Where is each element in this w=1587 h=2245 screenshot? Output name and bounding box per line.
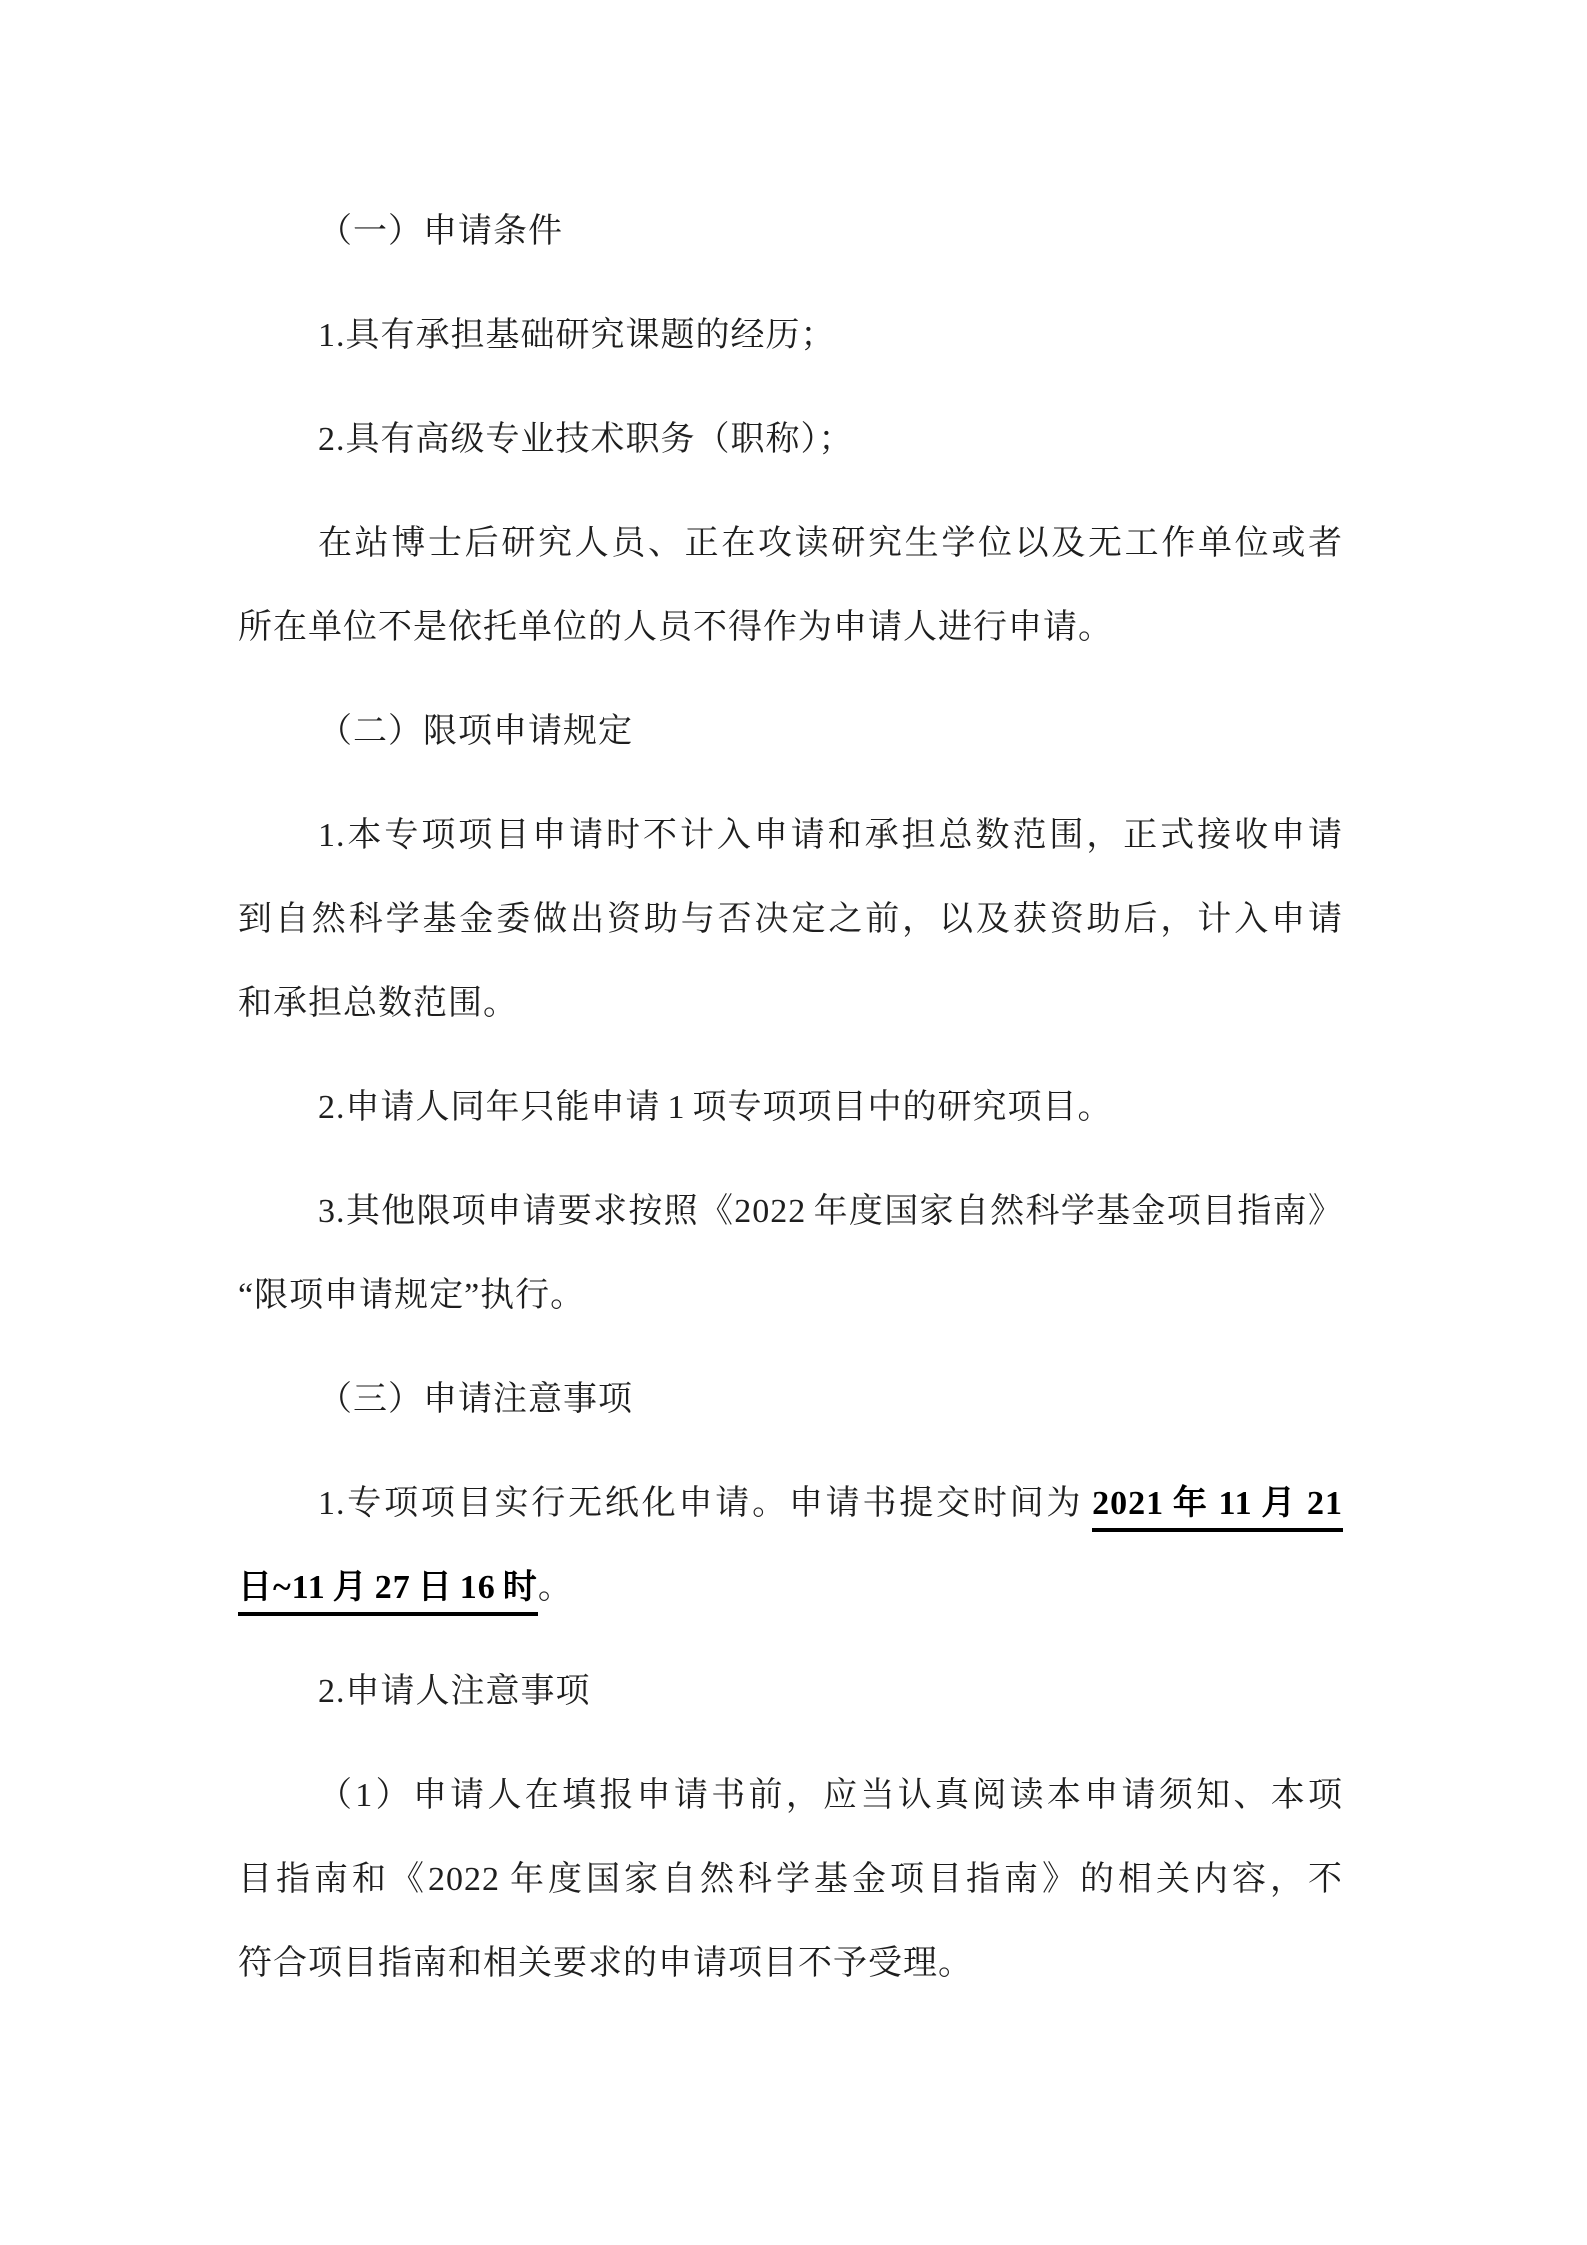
section-a-heading: （一）申请条件 <box>238 190 1343 274</box>
text-run: （一）申请条件 <box>318 213 563 250</box>
text-run: （1）申请人在填报申请书前，应当认真阅读本申请须知、本项 <box>318 1777 1343 1814</box>
section-b-heading: （二）限项申请规定 <box>238 690 1343 774</box>
text-line: （1）申请人在填报申请书前，应当认真阅读本申请须知、本项 <box>238 1754 1343 1838</box>
text-run: 目指南和《2022 年度国家自然科学基金项目指南》的相关内容，不 <box>238 1861 1343 1898</box>
text-run: 符合项目指南和相关要求的申请项目不予受理。 <box>238 1945 973 1982</box>
text-line: 2.申请人同年只能申请 1 项专项项目中的研究项目。 <box>238 1066 1343 1150</box>
text-run: 和承担总数范围。 <box>238 985 518 1022</box>
text-line: 所在单位不是依托单位的人员不得作为申请人进行申请。 <box>238 586 1343 670</box>
text-run: 2.申请人同年只能申请 1 项专项项目中的研究项目。 <box>318 1089 1113 1126</box>
text-run: 2.具有高级专业技术职务（职称）； <box>318 421 854 458</box>
section-c-heading: （三）申请注意事项 <box>238 1358 1343 1442</box>
text-line: 1.本专项项目申请时不计入申请和承担总数范围，正式接收申请 <box>238 794 1343 878</box>
text-line: 1.专项项目实行无纸化申请。申请书提交时间为 2021 年 11 月 21 <box>238 1462 1343 1546</box>
notice-1-deadline: 1.专项项目实行无纸化申请。申请书提交时间为 2021 年 11 月 21日~1… <box>238 1462 1343 1630</box>
text-line: 2.具有高级专业技术职务（职称）； <box>238 398 1343 482</box>
text-line: 在站博士后研究人员、正在攻读研究生学位以及无工作单位或者 <box>238 502 1343 586</box>
deadline-emphasis: 日~11 月 27 日 16 时 <box>238 1569 538 1616</box>
text-line: 1.具有承担基础研究课题的经历； <box>238 294 1343 378</box>
deadline-emphasis: 2021 年 11 月 21 <box>1092 1485 1343 1532</box>
text-run: 1.专项项目实行无纸化申请。申请书提交时间为 <box>318 1485 1092 1522</box>
text-run: 。 <box>538 1569 573 1606</box>
text-run: 所在单位不是依托单位的人员不得作为申请人进行申请。 <box>238 609 1113 646</box>
notice-2-heading: 2.申请人注意事项 <box>238 1650 1343 1734</box>
limit-rule-3: 3.其他限项申请要求按照《2022 年度国家自然科学基金项目指南》“限项申请规定… <box>238 1170 1343 1338</box>
text-line: 符合项目指南和相关要求的申请项目不予受理。 <box>238 1922 1343 2006</box>
notice-2-item-1: （1）申请人在填报申请书前，应当认真阅读本申请须知、本项目指南和《2022 年度… <box>238 1754 1343 2006</box>
text-run: 2.申请人注意事项 <box>318 1673 591 1710</box>
text-run: 1.本专项项目申请时不计入申请和承担总数范围，正式接收申请 <box>318 817 1343 854</box>
condition-1: 1.具有承担基础研究课题的经历； <box>238 294 1343 378</box>
text-line: 3.其他限项申请要求按照《2022 年度国家自然科学基金项目指南》 <box>238 1170 1343 1254</box>
text-line: 到自然科学基金委做出资助与否决定之前，以及获资助后，计入申请 <box>238 878 1343 962</box>
condition-2: 2.具有高级专业技术职务（职称）； <box>238 398 1343 482</box>
text-run: 1.具有承担基础研究课题的经历； <box>318 317 836 354</box>
text-run: 在站博士后研究人员、正在攻读研究生学位以及无工作单位或者 <box>318 525 1343 562</box>
text-line: 和承担总数范围。 <box>238 962 1343 1046</box>
limit-rule-2: 2.申请人同年只能申请 1 项专项项目中的研究项目。 <box>238 1066 1343 1150</box>
text-line: （一）申请条件 <box>238 190 1343 274</box>
text-run: “限项申请规定”执行。 <box>238 1277 585 1314</box>
text-run: （三）申请注意事项 <box>318 1381 633 1418</box>
condition-note: 在站博士后研究人员、正在攻读研究生学位以及无工作单位或者所在单位不是依托单位的人… <box>238 502 1343 670</box>
text-run: 3.其他限项申请要求按照《2022 年度国家自然科学基金项目指南》 <box>318 1193 1343 1230</box>
text-line: “限项申请规定”执行。 <box>238 1254 1343 1338</box>
document-body: （一）申请条件1.具有承担基础研究课题的经历；2.具有高级专业技术职务（职称）；… <box>238 190 1343 2026</box>
text-line: （二）限项申请规定 <box>238 690 1343 774</box>
text-run: （二）限项申请规定 <box>318 713 633 750</box>
text-line: （三）申请注意事项 <box>238 1358 1343 1442</box>
text-line: 目指南和《2022 年度国家自然科学基金项目指南》的相关内容，不 <box>238 1838 1343 1922</box>
text-line: 2.申请人注意事项 <box>238 1650 1343 1734</box>
text-run: 到自然科学基金委做出资助与否决定之前，以及获资助后，计入申请 <box>238 901 1343 938</box>
document-page: （一）申请条件1.具有承担基础研究课题的经历；2.具有高级专业技术职务（职称）；… <box>0 0 1587 2245</box>
text-line: 日~11 月 27 日 16 时。 <box>238 1546 1343 1630</box>
limit-rule-1: 1.本专项项目申请时不计入申请和承担总数范围，正式接收申请到自然科学基金委做出资… <box>238 794 1343 1046</box>
